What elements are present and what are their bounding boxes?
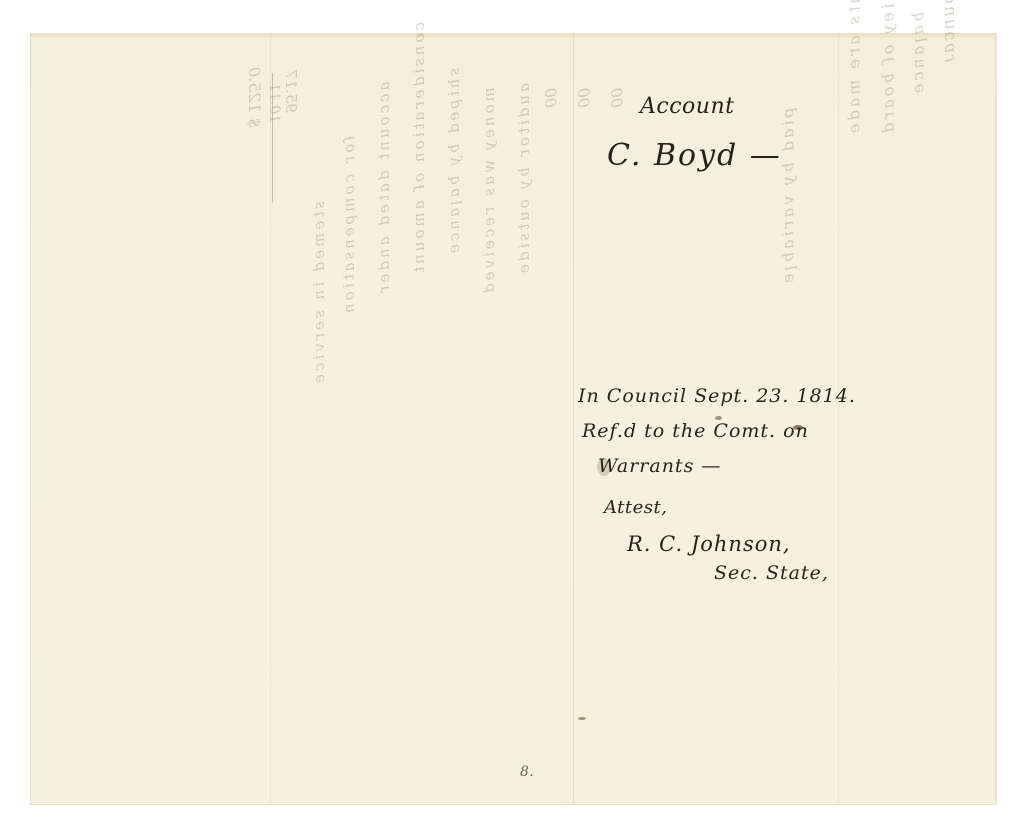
footer-mark: 8. <box>520 764 534 780</box>
ghost-line: ɾɐɔunoɔ ʇɐ ǝɥʇ ɟo ʇunoɔɔ∀ <box>940 0 960 63</box>
ghost-line: ʇunoɯɐ ɟo uoᴉʇɐɹǝpᴉsuoɔ <box>412 19 430 273</box>
docket-line-account: Account <box>640 94 734 119</box>
signature: R. C. Johnson, <box>627 532 791 556</box>
ghost-figure: 95.17 <box>282 70 300 113</box>
ghost-line: uoᴉʇɐsuǝdɯoɔ ɹoɟ <box>342 133 360 313</box>
fold-line-right <box>838 33 839 805</box>
endorsement-referral-line: Ref.d to the Comt. on <box>582 420 809 442</box>
ghost-figure: 00 <box>607 88 626 108</box>
ghost-line: ɹǝpuɐ pǝʇɐp ʇunoɔɔɐ <box>377 79 395 293</box>
ghost-figure: $ 125.0 <box>245 67 264 128</box>
ghost-line: pǝʌᴉǝɔǝɹ sɐʍ ʎǝuoɯ <box>482 84 500 293</box>
manuscript-page: 95.17 10.11 $ 125.0 00 00 00 ɾɐɔunoɔ ʇɐ … <box>30 33 997 805</box>
ghost-line: pɹɐoq ɟo ʎǝᴉlᴉ∀ ɹoɟ <box>881 0 900 133</box>
ghost-figure: 00 <box>541 88 560 108</box>
ghost-line: ǝpɐɯ ǝɹɐ sʇunoɔɔɐ ǝs <box>847 0 866 133</box>
ghost-line: ǝɔuɐlɐq ʎq pǝdᴉɥs <box>447 65 465 253</box>
ghost-line: ǝlqɐᴉɹɐʌ ʎq pɐᴉd <box>781 104 800 283</box>
fold-line-center <box>573 33 574 805</box>
endorsement-committee-line: Warrants — <box>598 455 721 477</box>
endorsement-date-line: In Council Sept. 23. 1814. <box>578 385 856 407</box>
ghost-line: ǝɔᴉʌɹǝs uᴉ pǝɯǝʇs <box>312 198 330 383</box>
paper-edge <box>995 33 997 805</box>
signatory-title: Sec. State, <box>714 562 829 584</box>
ghost-line: ǝpᴉsʇno ʎq ɹoʇᴉpnɐ <box>517 80 535 273</box>
ink-blot <box>578 717 586 720</box>
ghost-figure: 00 <box>574 88 593 108</box>
fold-line-left <box>270 33 271 805</box>
ghost-line: ǝɔuɐlɐq ɥɔᴉɥʍ ɟo ʇunoɯɐ <box>911 0 930 93</box>
ghost-figure: 10.11 <box>266 83 282 123</box>
endorsement-attest-label: Attest, <box>604 497 668 518</box>
docket-line-name: C. Boyd — <box>607 138 782 173</box>
